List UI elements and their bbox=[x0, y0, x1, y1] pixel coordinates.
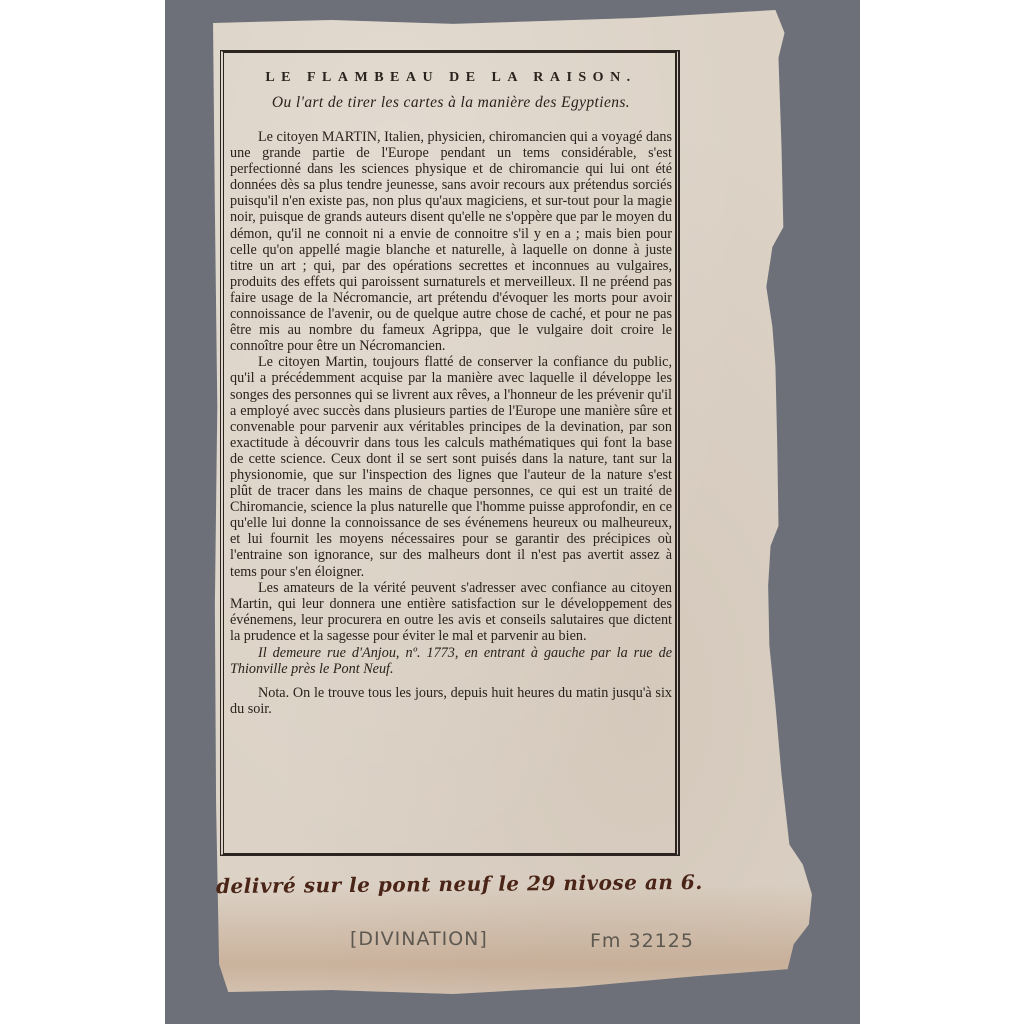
subject-label: [DIVINATION] bbox=[350, 928, 488, 950]
paragraph-invitation: Les amateurs de la vérité peuvent s'adre… bbox=[230, 580, 672, 644]
shelfmark: Fm 32125 bbox=[590, 930, 694, 952]
nota-line: Nota. On le trouve tous les jours, depui… bbox=[230, 685, 672, 717]
document-subtitle: Ou l'art de tirer les cartes à la manièr… bbox=[230, 94, 672, 111]
paragraph-introduction: Le citoyen MARTIN, Italien, physicien, c… bbox=[230, 129, 672, 354]
handwritten-note: delivré sur le pont neuf le 29 nivose an… bbox=[216, 870, 703, 898]
document-title: LE FLAMBEAU DE LA RAISON. bbox=[230, 68, 672, 88]
printed-text-block: LE FLAMBEAU DE LA RAISON. Ou l'art de ti… bbox=[230, 68, 672, 717]
paragraph-services: Le citoyen Martin, toujours flatté de co… bbox=[230, 354, 672, 579]
address-line: Il demeure rue d'Anjou, nº. 1773, en ent… bbox=[230, 645, 672, 677]
